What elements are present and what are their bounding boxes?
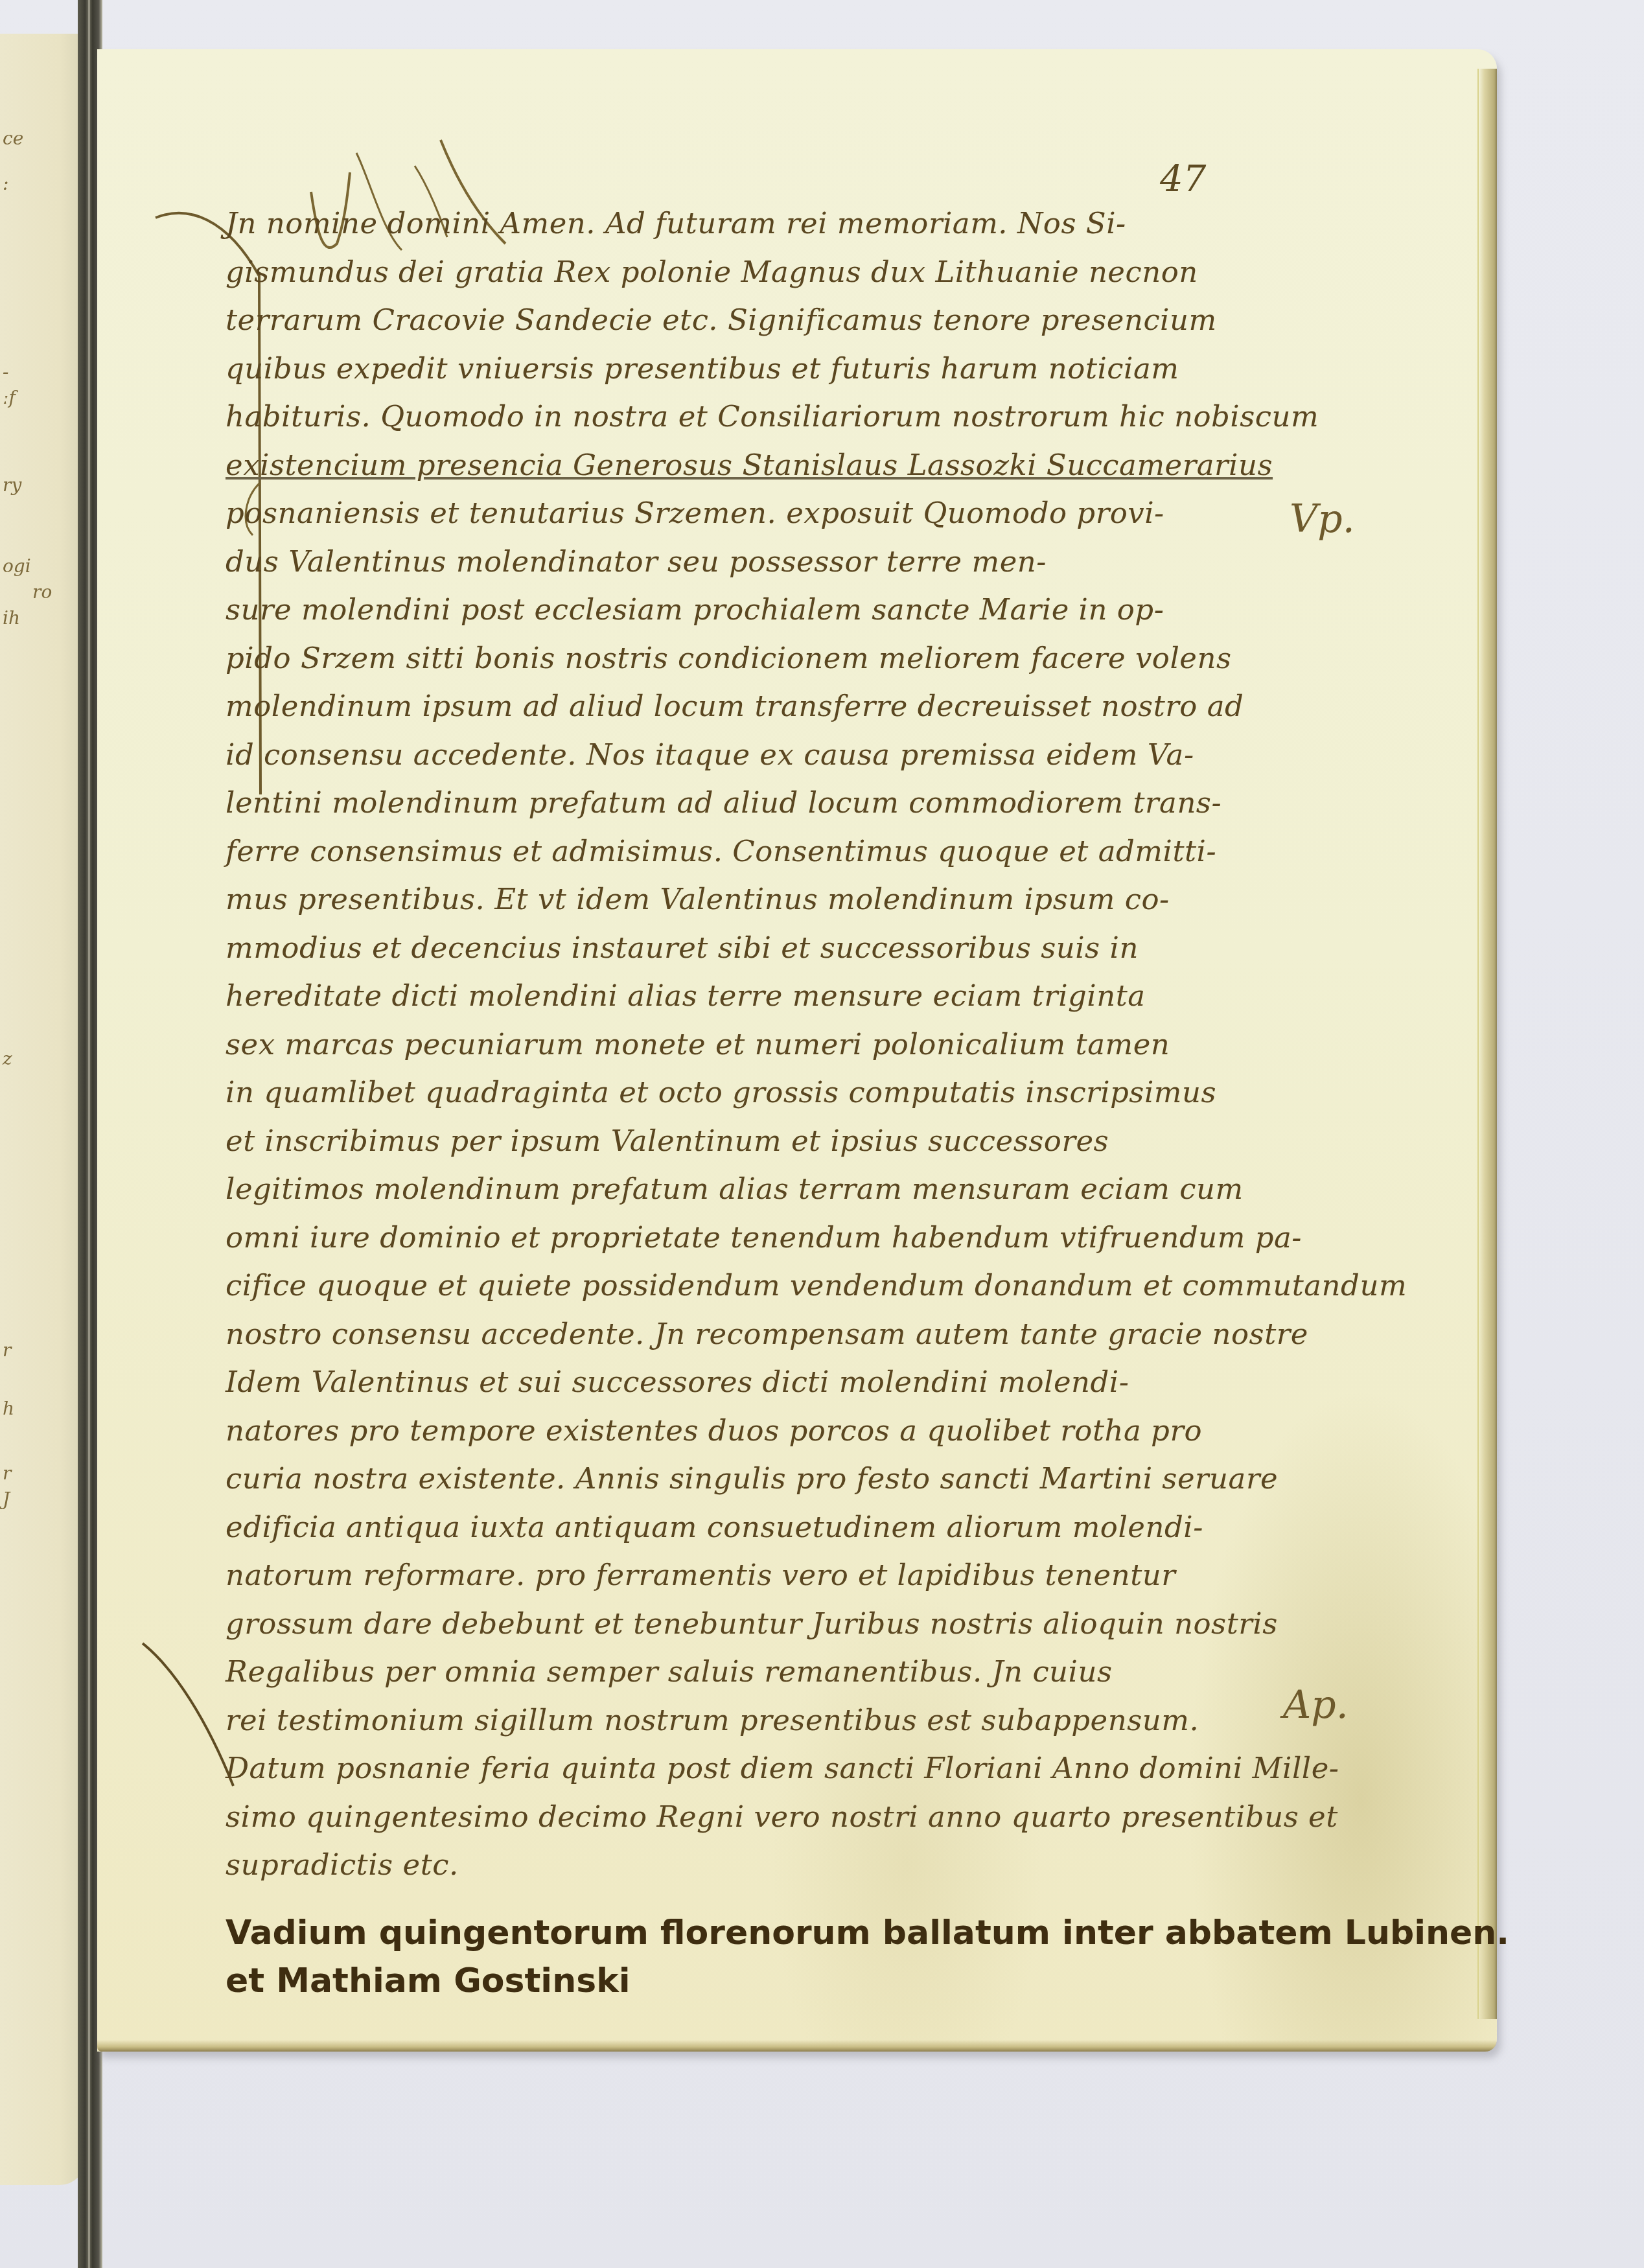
- text-line: hereditate dicti molendini alias terre m…: [226, 972, 1223, 1021]
- left-page-text-fragment: ih: [3, 609, 20, 627]
- text-line: simo quingentesimo decimo Regni vero nos…: [226, 1793, 1223, 1842]
- left-page-text-fragment: -: [3, 363, 8, 381]
- entry-royal-charter: Jn nomine domini Amen. Ad futuram rei me…: [226, 200, 1223, 1890]
- text-line: cifice quoque et quiete possidendum vend…: [226, 1262, 1223, 1310]
- page-fore-edge: [1477, 69, 1497, 2019]
- manuscript-text-block: Jn nomine domini Amen. Ad futuram rei me…: [226, 200, 1223, 2006]
- left-page-text-fragment: J: [3, 1490, 10, 1509]
- entry-spacer: [226, 1890, 1223, 1909]
- left-page-text-fragment: ogi: [3, 557, 31, 575]
- text-line: habituris. Quomodo in nostra et Consilia…: [226, 393, 1223, 441]
- left-page-text-fragment: ry: [3, 476, 21, 494]
- text-line: edificia antiqua iuxta antiquam consuetu…: [226, 1503, 1223, 1552]
- manuscript-page: 47 Jn nomine domini Amen. Ad futuram rei…: [97, 49, 1497, 2052]
- text-line: legitimos molendinum prefatum alias terr…: [226, 1165, 1223, 1214]
- text-line: sure molendini post ecclesiam prochialem…: [226, 586, 1223, 634]
- marginal-note: Vp.: [1290, 496, 1355, 542]
- left-page-text-fragment: ce: [3, 130, 23, 148]
- text-line: dus Valentinus molendinator seu possesso…: [226, 538, 1223, 586]
- marginal-note: Ap.: [1283, 1682, 1349, 1728]
- text-line: natores pro tempore existentes duos porc…: [226, 1407, 1223, 1455]
- left-page-text-fragment: r: [3, 1464, 11, 1483]
- text-line: Idem Valentinus et sui successores dicti…: [226, 1358, 1223, 1407]
- text-line: posnaniensis et tenutarius Srzemen. expo…: [226, 489, 1223, 538]
- text-line: id consensu accedente. Nos itaque ex cau…: [226, 731, 1223, 780]
- text-line: quibus expedit vniuersis presentibus et …: [226, 345, 1223, 393]
- text-line: omni iure dominio et proprietate tenendu…: [226, 1214, 1223, 1262]
- text-line: mus presentibus. Et vt idem Valentinus m…: [226, 875, 1223, 924]
- entry-vadium: Vadium quingentorum florenorum ballatum …: [226, 1909, 1223, 2006]
- text-line: natorum reformare. pro ferramentis vero …: [226, 1551, 1223, 1600]
- text-line: Datum posnanie feria quinta post diem sa…: [226, 1744, 1223, 1793]
- entry-title-line: et Mathiam Gostinski: [226, 1957, 1223, 2006]
- entry-title-line: Vadium quingentorum florenorum ballatum …: [226, 1909, 1223, 1958]
- text-line: Jn nomine domini Amen. Ad futuram rei me…: [226, 200, 1223, 248]
- page-bottom-edge: [97, 2040, 1497, 2052]
- text-line: sex marcas pecuniarum monete et numeri p…: [226, 1021, 1223, 1069]
- text-line: grossum dare debebunt et tenebuntur Juri…: [226, 1600, 1223, 1649]
- text-line: molendinum ipsum ad aliud locum transfer…: [226, 682, 1223, 731]
- left-page-text-fragment: :: [3, 175, 8, 193]
- left-page-text-fragment: h: [3, 1400, 14, 1418]
- text-line: pido Srzem sitti bonis nostris condicion…: [226, 634, 1223, 683]
- text-line: terrarum Cracovie Sandecie etc. Signific…: [226, 296, 1223, 345]
- text-line: rei testimonium sigillum nostrum present…: [226, 1696, 1223, 1745]
- left-page-text-fragment: ro: [32, 583, 52, 601]
- text-line: nostro consensu accedente. Jn recompensa…: [226, 1310, 1223, 1359]
- left-page-text-fragment: ːf: [3, 389, 16, 407]
- left-page-fragment: ce : - ːf ry ogi ro ih z r h r J: [0, 34, 86, 2185]
- folio-number: 47: [1160, 158, 1206, 200]
- text-line: et inscribimus per ipsum Valentinum et i…: [226, 1117, 1223, 1166]
- text-line: lentini molendinum prefatum ad aliud loc…: [226, 779, 1223, 827]
- binding-highlight: [88, 0, 90, 2268]
- text-line: Regalibus per omnia semper saluis remane…: [226, 1648, 1223, 1696]
- text-line: supradictis etc.: [226, 1841, 1223, 1890]
- text-line: in quamlibet quadraginta et octo grossis…: [226, 1069, 1223, 1117]
- text-line: existencium presencia Generosus Stanisla…: [226, 441, 1223, 490]
- left-page-text-fragment: z: [3, 1050, 12, 1068]
- text-line: curia nostra existente. Annis singulis p…: [226, 1455, 1223, 1503]
- text-line: ferre consensimus et admisimus. Consenti…: [226, 827, 1223, 876]
- text-line: gismundus dei gratia Rex polonie Magnus …: [226, 248, 1223, 297]
- text-line: mmodius et decencius instauret sibi et s…: [226, 924, 1223, 973]
- left-page-text-fragment: r: [3, 1341, 11, 1360]
